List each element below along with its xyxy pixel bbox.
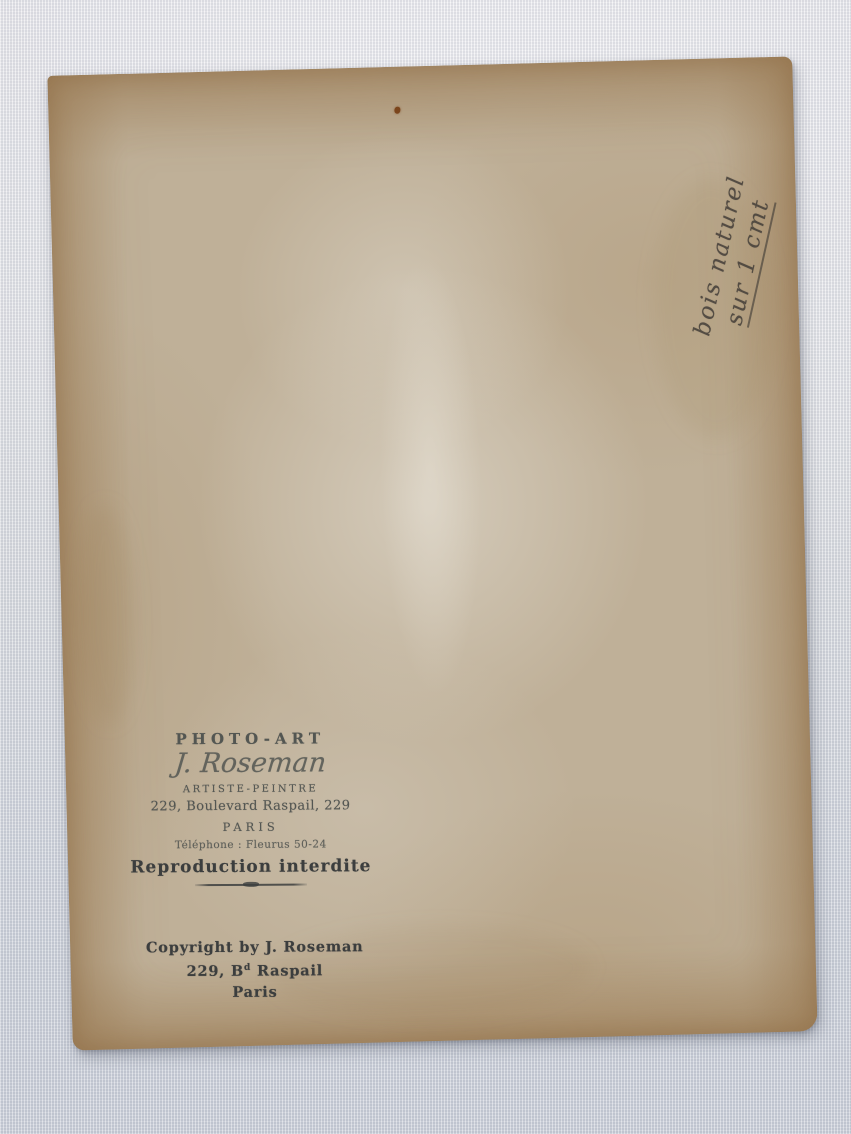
stamp-signature: J. Roseman: [123, 748, 378, 779]
copyright-stamp: Copyright by J. Roseman 229, Bd Raspail …: [129, 936, 381, 1003]
studio-stamp: PHOTO-ART J. Roseman ARTISTE-PEINTRE 229…: [124, 730, 377, 886]
stamp-notice: Reproduction interdite: [125, 857, 377, 876]
photo-card-verso: bois naturel sur 1 cmt PHOTO-ART J. Rose…: [47, 56, 817, 1050]
stamp-phone: Téléphone : Fleurus 50-24: [125, 838, 377, 851]
stamp-profession: ARTISTE-PEINTRE: [124, 783, 376, 795]
stamp-address: 229, Boulevard Raspail, 229: [125, 799, 377, 814]
copyright-line1: Copyright by J. Roseman: [129, 936, 381, 958]
stamp-brand: PHOTO-ART: [124, 730, 376, 747]
divider-ornament: [243, 882, 259, 887]
stain-speck: [394, 107, 400, 114]
stain-blotch: [77, 504, 138, 725]
copyright-city: Paris: [129, 981, 381, 1003]
copyright-address: 229, Bd Raspail: [129, 957, 381, 982]
stamp-city: PARIS: [125, 820, 377, 833]
stamp-divider-rule: [195, 884, 307, 887]
